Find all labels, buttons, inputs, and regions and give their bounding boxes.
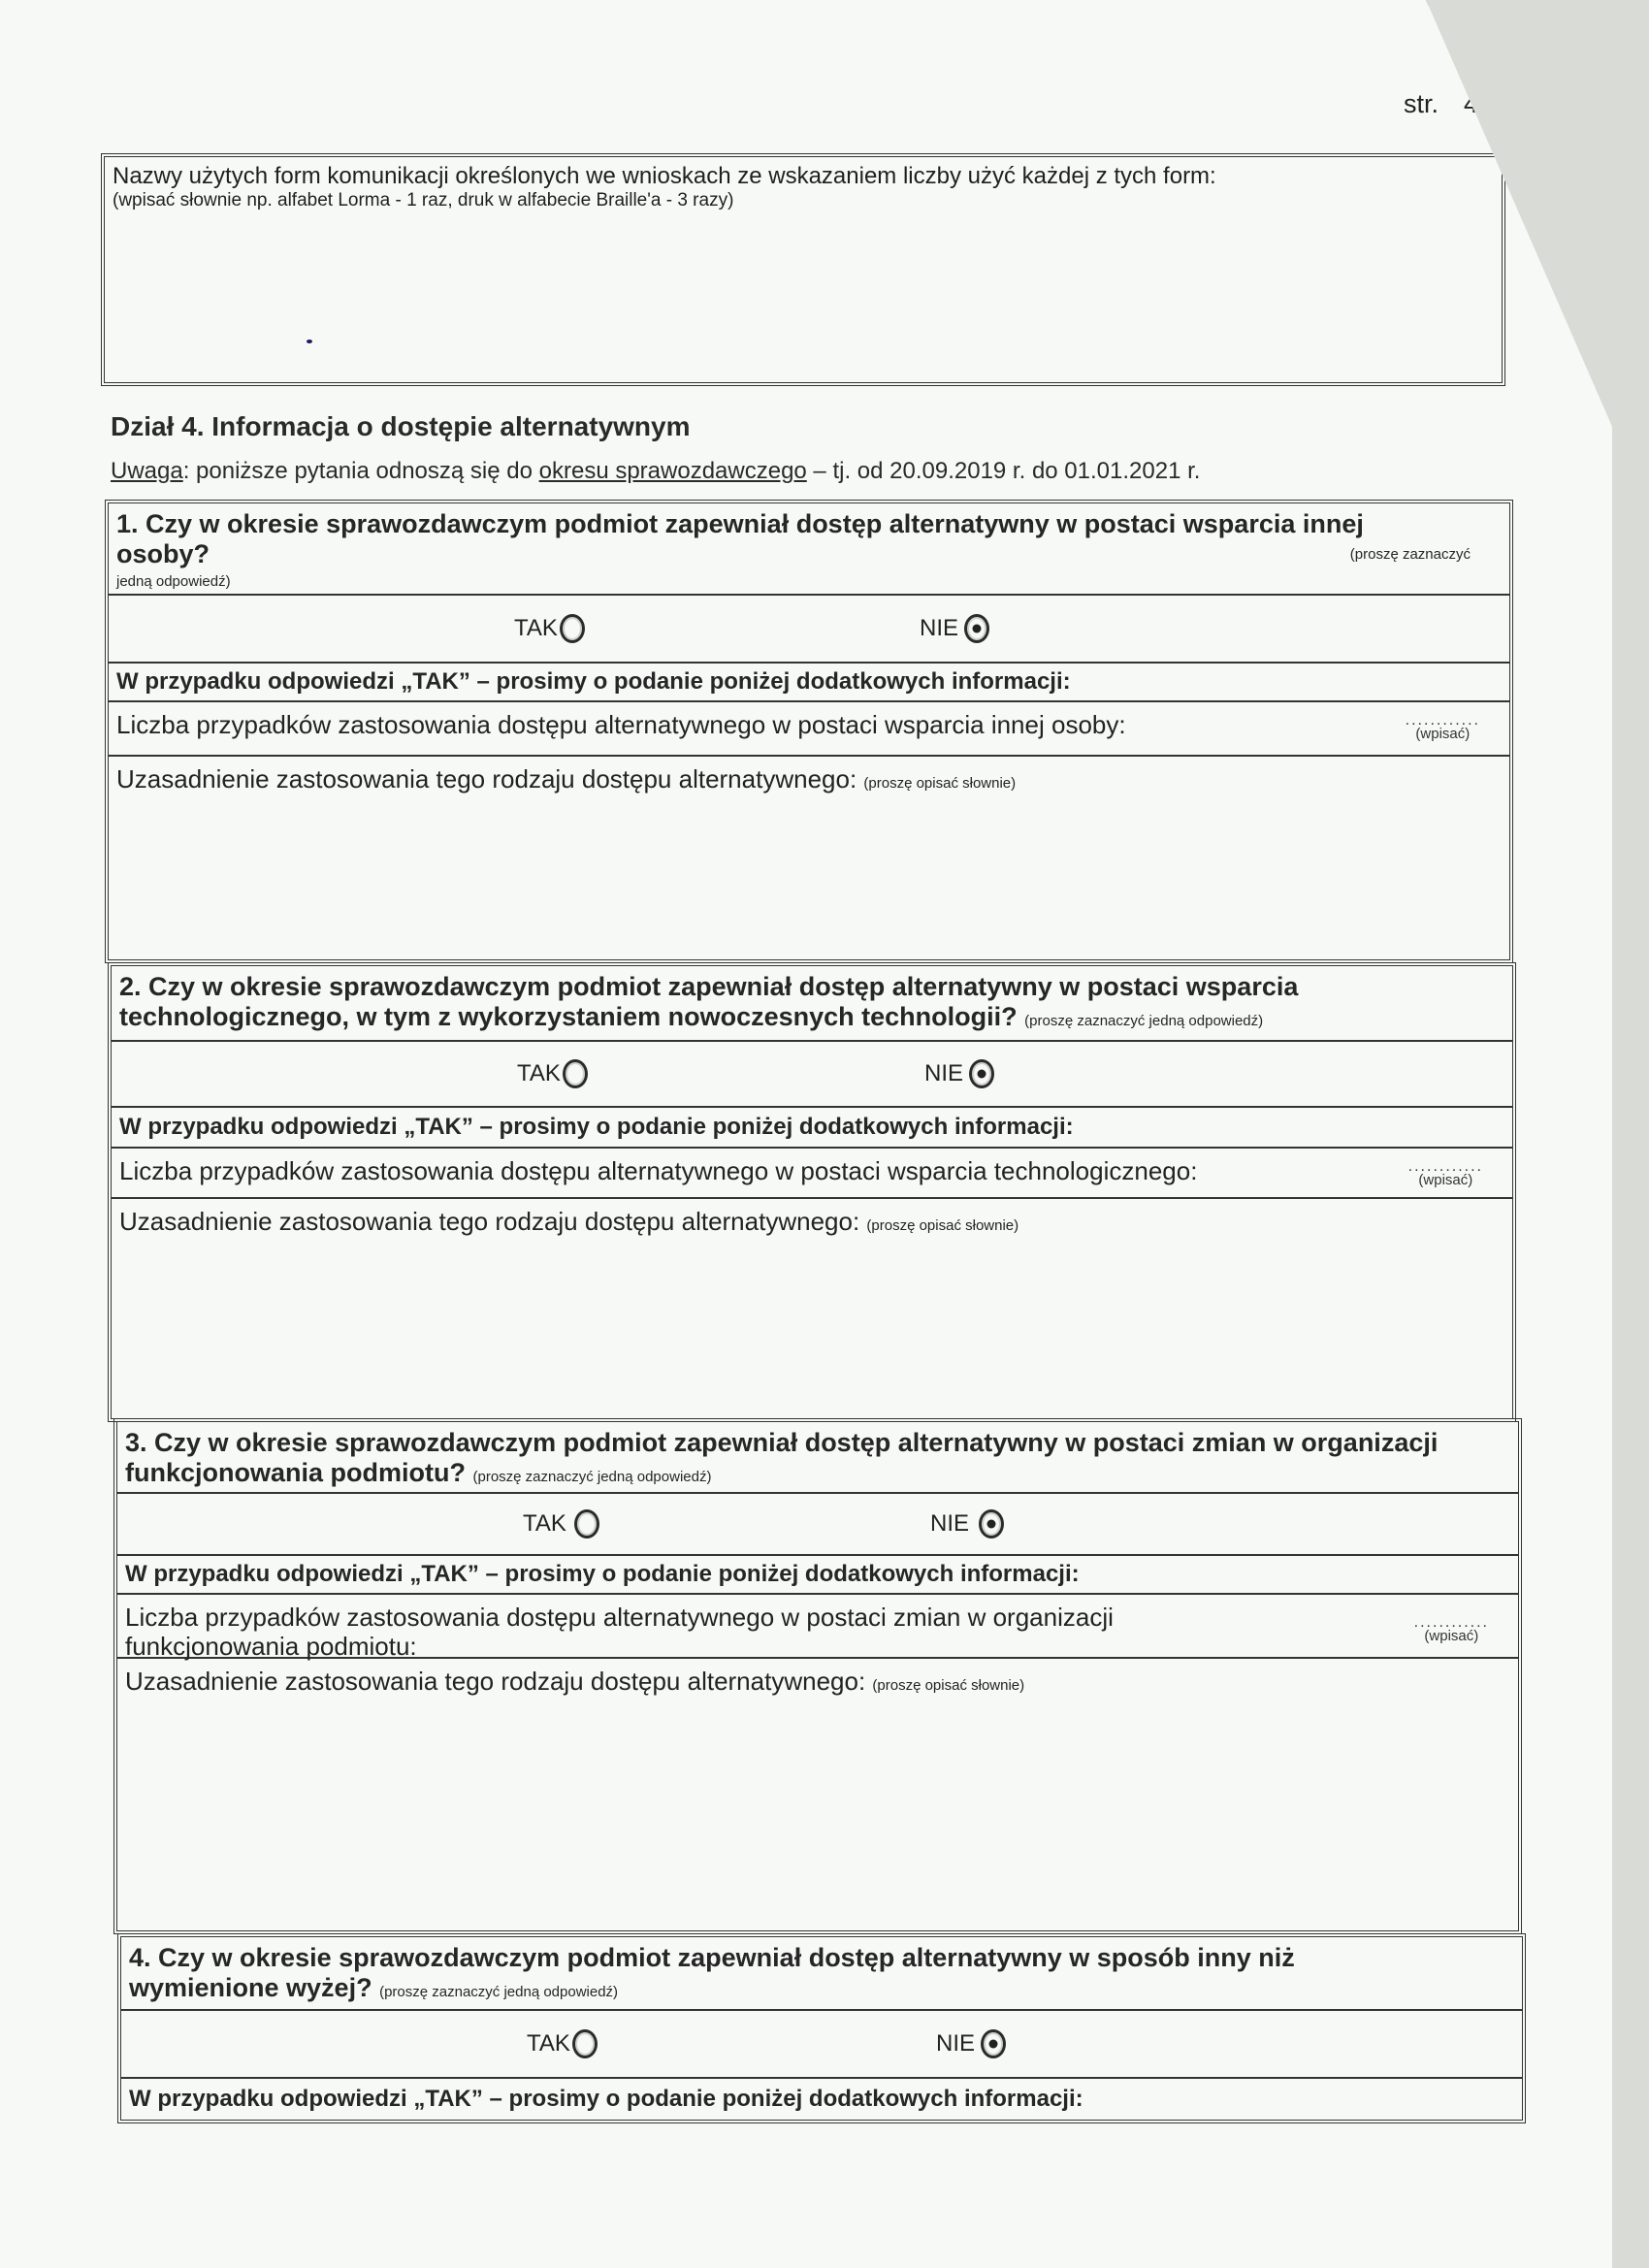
tak-note: W przypadku odpowiedzi „TAK” – prosimy o… (129, 2086, 1083, 2113)
question-1-option-tak[interactable]: TAK (514, 614, 585, 643)
question-3-option-tak[interactable]: TAK (523, 1509, 599, 1539)
question-4-title-text: 4. Czy w okresie sprawozdawczym podmiot … (129, 1943, 1295, 2002)
question-1-hint-a: (proszę zaznaczyć (1350, 546, 1471, 563)
radio-checked-icon[interactable] (964, 614, 989, 643)
radio-unchecked-icon[interactable] (574, 1509, 599, 1539)
option-label: TAK (517, 1060, 561, 1087)
note-text: : poniższe pytania odnoszą się do (183, 458, 539, 484)
question-3-block: 3. Czy w okresie sprawozdawczym podmiot … (113, 1418, 1522, 1934)
question-2-count-input[interactable]: ............ (wpisać) (1408, 1162, 1483, 1188)
question-4-title: 4. Czy w okresie sprawozdawczym podmiot … (129, 1943, 1406, 2007)
question-3-count-row: Liczba przypadków zastosowania dostępu a… (117, 1595, 1518, 1659)
question-3-count-label: Liczba przypadków zastosowania dostępu a… (125, 1603, 1212, 1661)
question-3-hint: (proszę zaznaczyć jedną odpowiedź) (473, 1469, 712, 1485)
communication-forms-label: Nazwy użytych form komunikacji określony… (113, 163, 1216, 190)
ink-mark (307, 340, 312, 343)
question-3-tak-note-row: W przypadku odpowiedzi „TAK” – prosimy o… (117, 1556, 1518, 1595)
question-4-option-nie[interactable]: NIE (936, 2029, 1006, 2058)
question-2-justification-row: Uzasadnienie zastosowania tego rodzaju d… (112, 1199, 1512, 1418)
radio-checked-icon[interactable] (969, 1059, 994, 1088)
question-3-justification-row: Uzasadnienie zastosowania tego rodzaju d… (117, 1659, 1518, 1930)
question-3-option-nie[interactable]: NIE (930, 1509, 1004, 1539)
question-2-justification-input[interactable] (119, 1242, 1504, 1410)
note-period: – tj. od 20.09.2019 r. do 01.01.2021 r. (807, 458, 1201, 484)
form-page: str.4 Nazwy użytych form komunikacji okr… (0, 0, 1649, 2268)
count-dots: ............ (1414, 1618, 1489, 1628)
question-1-justification-input[interactable] (116, 799, 1502, 952)
question-2-answer-row: TAK NIE (112, 1042, 1512, 1108)
question-3-count-input[interactable]: ............ (wpisać) (1414, 1618, 1489, 1644)
note-underlined: okresu sprawozdawczego (539, 458, 807, 484)
count-hint: (wpisać) (1414, 1628, 1489, 1644)
question-2-count-label: Liczba przypadków zastosowania dostępu a… (119, 1156, 1197, 1185)
radio-checked-icon[interactable] (979, 1509, 1004, 1539)
question-3-title: 3. Czy w okresie sprawozdawczym podmiot … (125, 1428, 1440, 1492)
question-3-justification-input[interactable] (125, 1701, 1510, 1923)
option-label: NIE (930, 1510, 969, 1538)
question-1-count-label: Liczba przypadków zastosowania dostępu a… (116, 710, 1126, 739)
question-1-justification-label: Uzasadnienie zastosowania tego rodzaju d… (116, 764, 1016, 794)
communication-forms-hint: (wpisać słownie np. alfabet Lorma - 1 ra… (113, 190, 733, 211)
justification-label-text: Uzasadnienie zastosowania tego rodzaju d… (119, 1207, 859, 1236)
question-4-option-tak[interactable]: TAK (527, 2029, 598, 2058)
option-label: TAK (514, 615, 558, 642)
justification-label-text: Uzasadnienie zastosowania tego rodzaju d… (116, 764, 857, 794)
question-1-block: 1. Czy w okresie sprawozdawczym podmiot … (105, 500, 1513, 963)
tak-note: W przypadku odpowiedzi „TAK” – prosimy o… (125, 1561, 1080, 1588)
option-label: NIE (936, 2030, 975, 2057)
option-label: TAK (527, 2030, 570, 2057)
question-2-tak-note-row: W przypadku odpowiedzi „TAK” – prosimy o… (112, 1108, 1512, 1149)
question-2-option-tak[interactable]: TAK (517, 1059, 588, 1088)
question-1-header: 1. Czy w okresie sprawozdawczym podmiot … (109, 503, 1509, 596)
question-4-block: 4. Czy w okresie sprawozdawczym podmiot … (117, 1933, 1526, 2123)
question-3-answer-row: TAK NIE (117, 1494, 1518, 1556)
question-1-answer-row: TAK NIE (109, 596, 1509, 664)
communication-forms-field[interactable]: Nazwy użytych form komunikacji określony… (101, 153, 1505, 386)
justification-label-text: Uzasadnienie zastosowania tego rodzaju d… (125, 1667, 865, 1696)
question-1-tak-note-row: W przypadku odpowiedzi „TAK” – prosimy o… (109, 664, 1509, 702)
question-4-tak-note-row: W przypadku odpowiedzi „TAK” – prosimy o… (121, 2079, 1522, 2120)
option-label: TAK (523, 1510, 566, 1538)
question-1-option-nie[interactable]: NIE (920, 614, 989, 643)
radio-unchecked-icon[interactable] (563, 1059, 588, 1088)
option-label: NIE (924, 1060, 963, 1087)
radio-unchecked-icon[interactable] (572, 2029, 598, 2058)
question-2-hint: (proszę zaznaczyć jedną odpowiedź) (1024, 1013, 1263, 1029)
question-3-justification-label: Uzasadnienie zastosowania tego rodzaju d… (125, 1667, 1024, 1697)
count-hint: (wpisać) (1408, 1172, 1483, 1188)
option-label: NIE (920, 615, 958, 642)
question-4-header: 4. Czy w okresie sprawozdawczym podmiot … (121, 1937, 1522, 2011)
section-note: Uwaga: poniższe pytania odnoszą się do o… (111, 458, 1200, 485)
question-1-count-input[interactable]: ............ (wpisać) (1406, 716, 1480, 742)
question-2-option-nie[interactable]: NIE (924, 1059, 994, 1088)
question-1-title: 1. Czy w okresie sprawozdawczym podmiot … (116, 509, 1451, 569)
question-2-title: 2. Czy w okresie sprawozdawczym podmiot … (119, 972, 1435, 1036)
page-label: str. (1404, 89, 1439, 118)
question-1-count-row: Liczba przypadków zastosowania dostępu a… (109, 702, 1509, 757)
note-prefix: Uwaga (111, 458, 183, 484)
tak-note: W przypadku odpowiedzi „TAK” – prosimy o… (116, 668, 1071, 696)
question-2-justification-label: Uzasadnienie zastosowania tego rodzaju d… (119, 1207, 1018, 1237)
count-hint: (wpisać) (1406, 726, 1480, 742)
radio-unchecked-icon[interactable] (560, 614, 585, 643)
justification-hint: (proszę opisać słownie) (866, 1217, 1018, 1234)
tak-note: W przypadku odpowiedzi „TAK” – prosimy o… (119, 1114, 1074, 1141)
question-2-count-row: Liczba przypadków zastosowania dostępu a… (112, 1149, 1512, 1199)
count-dots: ............ (1406, 716, 1480, 726)
justification-hint: (proszę opisać słownie) (872, 1677, 1024, 1694)
question-2-block: 2. Czy w okresie sprawozdawczym podmiot … (108, 962, 1516, 1422)
question-4-hint: (proszę zaznaczyć jedną odpowiedź) (379, 1984, 618, 2000)
question-3-header: 3. Czy w okresie sprawozdawczym podmiot … (117, 1422, 1518, 1494)
question-1-justification-row: Uzasadnienie zastosowania tego rodzaju d… (109, 757, 1509, 959)
question-2-header: 2. Czy w okresie sprawozdawczym podmiot … (112, 966, 1512, 1042)
section-title: Dział 4. Informacja o dostępie alternaty… (111, 411, 691, 442)
question-4-answer-row: TAK NIE (121, 2011, 1522, 2079)
justification-hint: (proszę opisać słownie) (863, 775, 1016, 792)
radio-checked-icon[interactable] (981, 2029, 1006, 2058)
question-3-title-text: 3. Czy w okresie sprawozdawczym podmiot … (125, 1428, 1438, 1487)
question-1-hint-b: jedną odpowiedź) (116, 573, 231, 590)
count-dots: ............ (1408, 1162, 1483, 1172)
